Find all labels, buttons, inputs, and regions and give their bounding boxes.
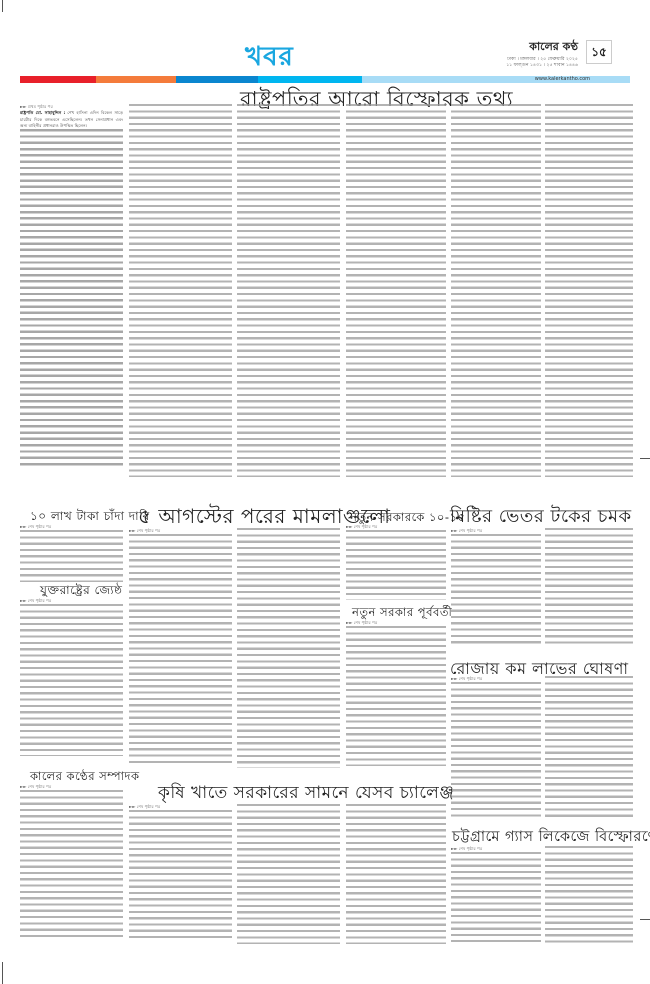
article-body-text [20,790,123,940]
article-column: ►► শেষ পৃষ্ঠার পর [451,528,541,646]
article-column: ►► শেষ পৃষ্ঠার পর [129,528,232,768]
article-body-text [346,804,446,944]
article-column: ►► শেষ পৃষ্ঠার পর [20,524,123,582]
article-column [237,804,340,944]
article-column [545,104,633,477]
article-column [346,804,446,944]
page-number: ১৫ [586,40,612,64]
color-bar-red [20,76,96,83]
article-body-text [237,804,340,944]
crop-mark [640,458,650,459]
article-column: ►► শেষ পৃষ্ঠার পর [346,620,446,768]
article-body-text [545,846,633,944]
article-body-text [237,528,340,768]
article-column [346,104,446,477]
section-title: খবর [245,36,294,80]
article-body-text [129,104,232,477]
crop-mark [2,0,3,12]
article-body-text [545,676,633,821]
article-column [237,528,340,768]
article-body-text [129,810,232,942]
article-body-text [129,534,232,766]
color-bar-blue [176,76,258,83]
article-body-text [237,104,340,477]
website-url: www.kalerkantho.com [535,76,590,83]
article-body-text [20,530,123,582]
article-column [545,528,633,646]
speaker-label: রাষ্ট্রপতি মো. সাহাবুদ্দিন : [20,110,65,115]
crop-mark [640,919,650,920]
article-column: ►► শেষ পৃষ্ঠার পর [20,598,123,758]
article-body-text [545,104,633,477]
article-body-text [451,682,541,819]
article-body-text [451,852,541,942]
article-column: ►► শেষ পৃষ্ঠার পর [451,846,541,944]
article-column: ►► শেষ পৃষ্ঠার পর [129,804,232,944]
article-body-text [346,626,446,766]
article-body-text [20,129,123,469]
page-header: খবর কালের কণ্ঠ ঢাকা । মঙ্গলবার । ২৫ ফেব্… [20,30,630,80]
article-column [237,104,340,477]
article-column [451,104,541,477]
color-bar-cyan [258,76,362,83]
article-body-text [545,528,633,646]
article-body-text [451,534,541,644]
article-column: ►► প্রথম পৃষ্ঠার পর রাষ্ট্রপতি মো. সাহাব… [20,104,123,477]
newspaper-name: কালের কণ্ঠ [506,38,578,57]
color-bar-orange [96,76,176,83]
article-column: ►► শেষ পৃষ্ঠার পর [451,676,541,821]
newspaper-brand: কালের কণ্ঠ ঢাকা । মঙ্গলবার । ২৫ ফেব্রুয়… [506,38,578,69]
article-body-text [346,104,446,477]
article-column [129,104,232,477]
date-line-lunar: ১১ ফাল্গুন ১৪৩১ । ২৫ শাবান ১৪৪৬ [506,63,578,69]
article-body-text [451,104,541,477]
article-body-text [20,604,123,756]
crop-mark [2,962,3,984]
article-body-text [346,530,446,600]
article-column [545,676,633,821]
article-column [545,846,633,944]
article-column: ►► শেষ পৃষ্ঠার পর [20,784,123,944]
article-column: ►► শেষ পৃষ্ঠার পর [346,524,446,602]
